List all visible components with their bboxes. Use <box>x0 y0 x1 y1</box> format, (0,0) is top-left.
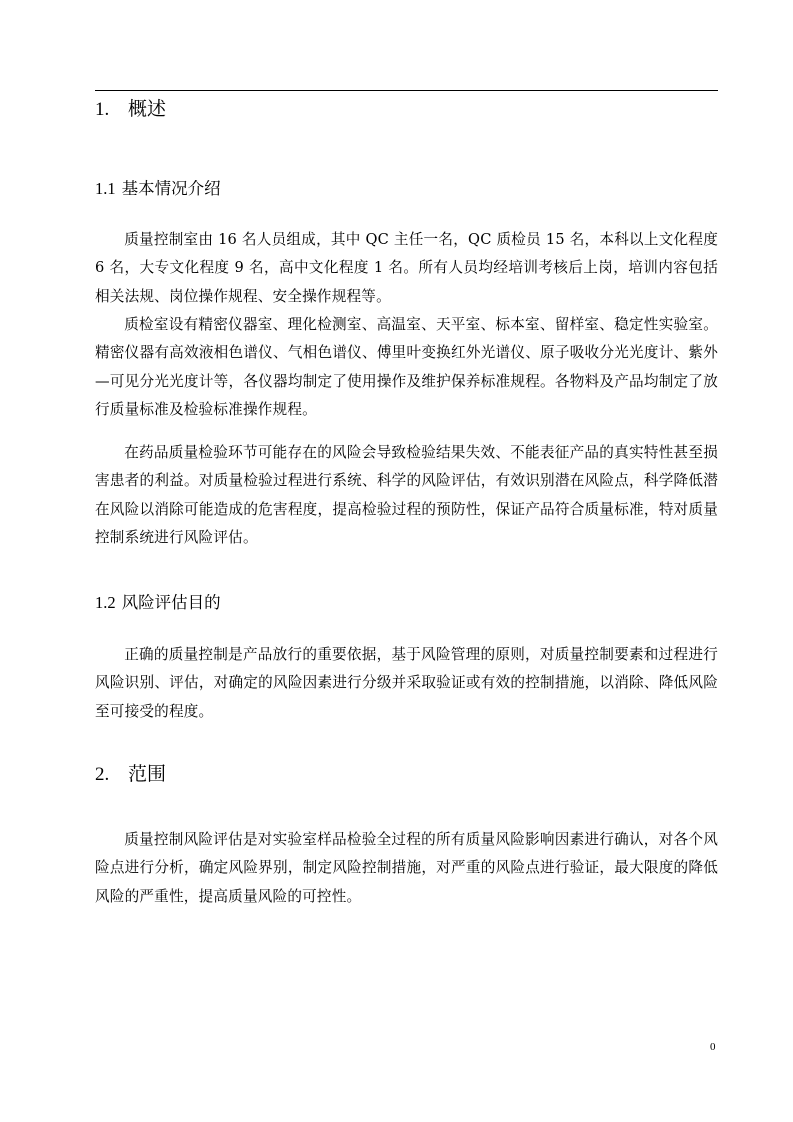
subsection-number: 1.2 <box>95 592 116 614</box>
section-heading-overview: 1.概述 <box>95 97 166 122</box>
paragraph-scope: 质量控制风险评估是对实验室样品检验全过程的所有质量风险影响因素进行确认，对各个风… <box>95 826 718 911</box>
subsection-number: 1.1 <box>95 178 116 200</box>
paragraph-facilities: 质检室设有精密仪器室、理化检测室、高温室、天平室、标本室、留样室、稳定性实验室。… <box>95 311 718 424</box>
header-rule <box>95 90 718 91</box>
subsection-title: 风险评估目的 <box>122 593 221 612</box>
section-number: 2. <box>95 763 128 787</box>
paragraph-staff: 质量控制室由 16 名人员组成，其中 QC 主任一名，QC 质检员 15 名，本… <box>95 226 718 311</box>
page-number: 0 <box>710 1041 716 1053</box>
subsection-heading-basic-info: 1.1基本情况介绍 <box>95 178 221 200</box>
paragraph-risk-background: 在药品质量检验环节可能存在的风险会导致检验结果失效、不能表征产品的真实特性甚至损… <box>95 439 718 552</box>
subsection-title: 基本情况介绍 <box>122 179 221 198</box>
section-title: 范围 <box>128 763 166 785</box>
section-number: 1. <box>95 98 128 122</box>
paragraph-purpose: 正确的质量控制是产品放行的重要依据，基于风险管理的原则，对质量控制要素和过程进行… <box>95 641 718 726</box>
section-title: 概述 <box>128 98 166 120</box>
subsection-heading-purpose: 1.2风险评估目的 <box>95 592 221 614</box>
section-heading-scope: 2.范围 <box>95 762 166 787</box>
